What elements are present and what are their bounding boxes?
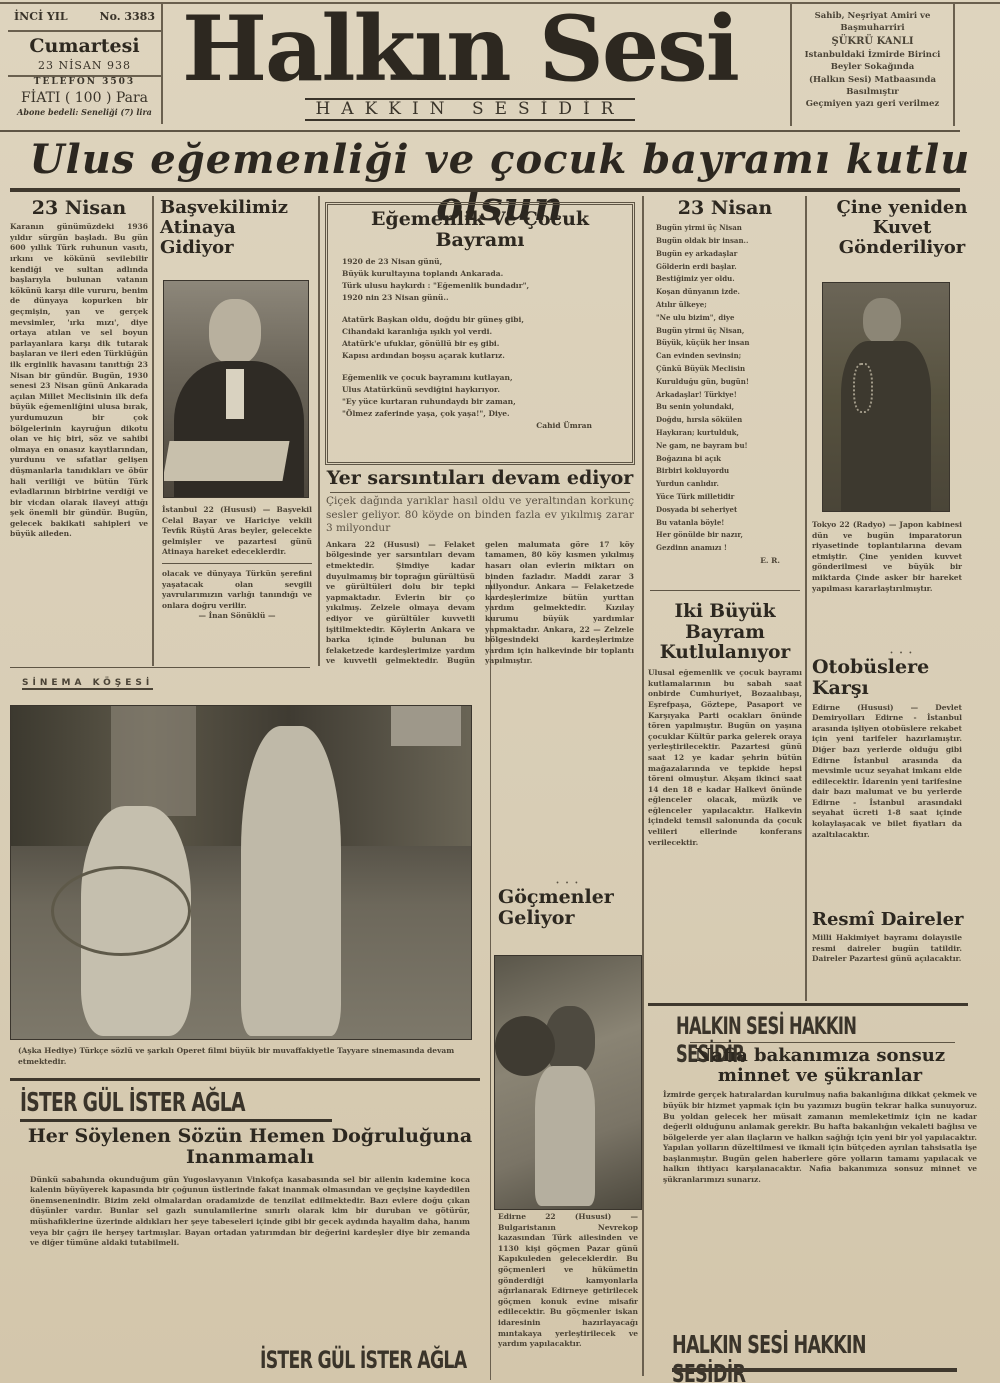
article-headline: Resmî Daireler — [812, 910, 992, 930]
poem-line: Bugün yirmi üç Nisan, — [656, 325, 800, 338]
newspaper-name: Halkın Sesi — [180, 2, 740, 97]
article-headline: Her Söylenen Sözün Hemen Doğruluğuna Ina… — [15, 1126, 485, 1169]
poem-line: Atatürk'e ufuklar, gönüllü bir eş gibi. — [342, 338, 622, 350]
photo-cinema-still — [10, 705, 472, 1040]
divider — [330, 492, 630, 493]
article-body: Edirne (Hususi) — Devlet Demiryolları Ed… — [812, 703, 962, 895]
poem-line: Atılır ülkeye; — [656, 299, 800, 312]
banner-rule — [10, 188, 960, 192]
poem-line: "Ölmez zaferinde yaşa, çok yaşa!", Diye. — [342, 408, 622, 420]
photo-prime-minister — [163, 280, 309, 498]
publisher-line: Geçmiyen yazı geri verilmez — [792, 98, 953, 110]
issue-date: 23 NİSAN 938 — [8, 59, 161, 77]
masthead-rule — [0, 130, 960, 132]
poem-line: Gezdinn anamızı ! — [656, 542, 800, 555]
column-divider — [805, 196, 807, 1001]
section-label-cinema: SİNEMA KÖŞESİ — [22, 678, 153, 690]
poem-line: Koşan dünyanın izde. — [656, 286, 800, 299]
photo-shadow — [495, 1016, 555, 1076]
article-body: İzmirde gerçek hatıralardan kurulmuş naf… — [655, 1090, 985, 1315]
poem-line: Dosyada bi seheriyet — [656, 504, 800, 517]
photo-immigrants — [494, 955, 642, 1210]
publisher-line: Beyler Sokağında — [792, 61, 953, 73]
publisher-line: Sahib, Neşriyat Amiri ve — [792, 10, 953, 22]
poem-line: Atatürk Başkan oldu, doğdu bir güneş gib… — [342, 314, 622, 326]
article-nafia: Nafia bakanımıza sonsuz minnet ve şükran… — [655, 1046, 985, 1315]
article-buses: • • • Otobüslere Karşı Edirne (Hususi) —… — [812, 650, 992, 895]
photo-officer — [822, 282, 950, 512]
poem-line: Bugün ey arkadaşlar — [656, 248, 800, 261]
poem-stanza: Atatürk Başkan oldu, doğdu bir güneş gib… — [338, 314, 622, 362]
poem-line: Cihandaki karanlığa ışıklı yol verdi. — [342, 326, 622, 338]
article-basvekil-body: İstanbul 22 (Hususi) — Başvekil Celal Ba… — [162, 505, 312, 622]
section-label-ister: İSTER GÜL İSTER AĞLA — [20, 1088, 332, 1122]
section-rule — [10, 1078, 480, 1081]
portrait-braid — [853, 363, 873, 413]
article-23-nisan-left: 23 Nisan Karanın günümüzdeki 1936 yıldır… — [10, 198, 148, 662]
poem-stanza: Eğemenlik ve çocuk bayramını kutlayan, U… — [338, 372, 622, 420]
poem-line: Eğemenlik ve çocuk bayramını kutlayan, — [342, 372, 622, 384]
poem-line: Gölderin erdi başlar. — [656, 261, 800, 274]
price: FİATI ( 100 ) Para — [8, 89, 161, 107]
portrait-shirt — [226, 369, 244, 419]
publisher-name: ŞÜKRÜ KANLI — [792, 35, 953, 50]
poem-line: Yüce Türk milletidir — [656, 491, 800, 504]
poem-line: 1920 de 23 Nisan günü, — [342, 256, 622, 268]
photo-caption: (Aşka Hediye) Türkçe sözlü ve şarkılı Op… — [18, 1045, 478, 1067]
article-headline: Yer sarsıntıları devam ediyor — [322, 468, 638, 489]
article-immigrants-body: Edirne 22 (Hususi) — Bulgaristanın Nevre… — [498, 1212, 638, 1380]
subscription-fee: Abone bedeli: Seneliği (7) lira — [8, 107, 161, 117]
photo-chair — [51, 866, 191, 956]
portrait-uniform — [841, 341, 931, 512]
poem-author: Cahid Ümran — [338, 420, 622, 432]
photo-window — [391, 706, 461, 746]
cinema-caption: (Aşka Hediye) Türkçe sözlü ve şarkılı Op… — [18, 1045, 478, 1067]
article-headline: Otobüslere Karşı — [812, 657, 992, 700]
issue-day: Cumartesi — [8, 30, 161, 59]
issue-info-box: İNCİ YIL No. 3383 Cumartesi 23 NİSAN 938… — [8, 4, 163, 124]
issue-number: No. 3383 — [100, 10, 155, 24]
poem-line: Doğdu, hırsla sökülen — [656, 414, 800, 427]
article-ister: Her Söylenen Sözün Hemen Doğruluğuna Ina… — [15, 1126, 485, 1360]
divider — [690, 1042, 955, 1043]
article-body: Ulusal eğemenlik ve çocuk bayramı kutlam… — [648, 668, 802, 938]
column-divider — [642, 196, 644, 1376]
article-basvekil: Başvekilimiz Atinaya Gidiyor — [160, 198, 310, 258]
poem-stanza: 1920 de 23 Nisan günü, Büyük kurultayına… — [338, 256, 622, 304]
poem-line: Her gönülde bir nazır, — [656, 529, 800, 542]
section-label-text: İSTER GÜL İSTER AĞLA — [20, 1088, 245, 1118]
poem-line: Türk ulusu haykırdı : "Eğemenlik bundadı… — [342, 280, 622, 292]
article-immigrants: • • • Göçmenler Geliyor — [498, 880, 638, 930]
article-body-continued: olacak ve dünyaya Türkün şerefini yaşata… — [162, 569, 312, 611]
article-body: Tokyo 22 (Radyo) — Japon kabinesi dün ve… — [812, 520, 962, 594]
divider — [650, 590, 800, 591]
poem-line: Ne gam, ne bayram bu! — [656, 440, 800, 453]
publisher-line: Istanbuldaki İzmirde Birinci — [792, 49, 953, 61]
article-offices: Resmî Daireler Milli Hakimiyet bayramı d… — [812, 910, 992, 965]
poem-line: Boğazına bi açık — [656, 453, 800, 466]
masthead-title: Halkın Sesi HAKKIN SESİDİR — [180, 2, 740, 132]
poem-line: Bugün oldak bir insan.. — [656, 235, 800, 248]
article-body: İstanbul 22 (Hususi) — Başvekil Celal Ba… — [162, 505, 312, 558]
poem-line: Ulus Atatürkünü sevdiğini haykırıyor. — [342, 384, 622, 396]
poem-line: Yurdun canlıdır. — [656, 478, 800, 491]
poem-line: Arkadaşlar! Türkiye! — [656, 389, 800, 402]
publisher-info-box: Sahib, Neşriyat Amiri ve Başmuharriri ŞÜ… — [790, 4, 955, 126]
article-two-holidays: Iki Büyük Bayram Kutlulanıyor Ulusal eğe… — [648, 602, 802, 938]
portrait-book — [163, 441, 290, 481]
poem-line: Bugün yirmi üç Nisan — [656, 222, 800, 235]
article-headline: Başvekilimiz Atinaya Gidiyor — [160, 198, 310, 258]
poem-line: Kurulduğu gün, bugün! — [656, 376, 800, 389]
photo-window — [111, 706, 196, 816]
poem-line: 1920 nin 23 Nisan günü.. — [342, 292, 622, 304]
article-headline: Iki Büyük Bayram Kutlulanıyor — [648, 602, 802, 664]
poem-line: Bu senin yolundaki, — [656, 401, 800, 414]
article-body: Milli Hakimiyet bayramı dolayısile resmi… — [812, 933, 962, 965]
divider — [10, 667, 310, 668]
article-headline: Çine yeniden Kuvet Gönderiliyor — [812, 198, 992, 258]
article-headline: Göçmenler Geliyor — [498, 887, 638, 930]
footer-label-text: HALKIN SESİ HAKKIN SESİDİR — [672, 1330, 902, 1383]
poem-line: "Ey yüce kurtaran ruhundaydı bir zaman, — [342, 396, 622, 408]
poem-line: Can evinden sevinsin; — [656, 350, 800, 363]
poem-signature: E. R. — [650, 555, 800, 567]
article-china-body: Tokyo 22 (Radyo) — Japon kabinesi dün ve… — [812, 520, 962, 594]
article-china: Çine yeniden Kuvet Gönderiliyor — [812, 198, 992, 258]
poem-line: Büyük, küçük her insan — [656, 337, 800, 350]
article-body: Karanın günümüzdeki 1936 yıldır sürgün b… — [10, 222, 148, 662]
figure-man-standing — [241, 726, 341, 1036]
article-headline: 23 Nisan — [650, 198, 800, 219]
article-headline: Nafia bakanımıza sonsuz minnet ve şükran… — [655, 1046, 985, 1086]
poem-line: Büyük kurultayına toplandı Ankarada. — [342, 268, 622, 280]
poem-box: Eğemenlik Ve Çocuk Bayramı 1920 de 23 Ni… — [325, 202, 635, 465]
poem-line: Çünkü Büyük Meclisin — [656, 363, 800, 376]
article-subhead: Çiçek dağında yarıklar hasıl oldu ve yer… — [322, 495, 638, 536]
telephone: TELEFON 3503 — [8, 77, 161, 89]
poem-line: "Ne ulu bizim", diye — [656, 312, 800, 325]
banner-headline: Ulus eğemenliği ve çocuk bayramı kutlu o… — [20, 136, 980, 186]
divider — [162, 563, 312, 564]
publisher-line: Başmuharriri — [792, 22, 953, 34]
newspaper-motto: HAKKIN SESİDİR — [305, 98, 635, 121]
article-headline: 23 Nisan — [10, 198, 148, 219]
poem-line: Haykıran; kurtulduk, — [656, 427, 800, 440]
poem-line: Birbiri kokluyordu — [656, 465, 800, 478]
poem-line: Kapısı ardından boşsu açarak kutlarız. — [342, 350, 622, 362]
publisher-line: (Halkın Sesi) Matbaasında — [792, 74, 953, 86]
article-body: Edirne 22 (Hususi) — Bulgaristanın Nevre… — [498, 1212, 638, 1380]
article-signature: — İnan Sönüklü — — [162, 611, 312, 622]
figure-child — [535, 1066, 595, 1206]
footer-rule — [672, 1368, 957, 1372]
newspaper-page: İNCİ YIL No. 3383 Cumartesi 23 NİSAN 938… — [0, 0, 1000, 1383]
article-body: Dünkü sabahında okunduğum gün Yugoslavya… — [15, 1175, 485, 1360]
issue-year-row: İNCİ YIL No. 3383 — [8, 4, 161, 24]
poem-headline: Eğemenlik Ve Çocuk Bayramı — [338, 209, 622, 252]
poem-body: Bugün yirmi üç Nisan Bugün oldak bir ins… — [650, 222, 800, 555]
portrait-face — [209, 299, 261, 365]
poem-line: Bu vatanla böyle! — [656, 517, 800, 530]
footer-label-text: İSTER GÜL İSTER AĞLA — [260, 1346, 466, 1374]
issue-year: İNCİ YIL — [14, 10, 68, 24]
column-divider — [318, 196, 320, 666]
publisher-line: Basılmıştır — [792, 86, 953, 98]
poem-line: Bestiğimiz yer oldu. — [656, 273, 800, 286]
column-divider — [152, 196, 154, 666]
article-23-nisan-right: 23 Nisan Bugün yirmi üç Nisan Bugün olda… — [650, 198, 800, 567]
section-rule — [648, 1003, 968, 1006]
portrait-face — [863, 298, 901, 344]
footer-label-nafia: HALKIN SESİ HAKKIN SESİDİR — [672, 1330, 1000, 1383]
